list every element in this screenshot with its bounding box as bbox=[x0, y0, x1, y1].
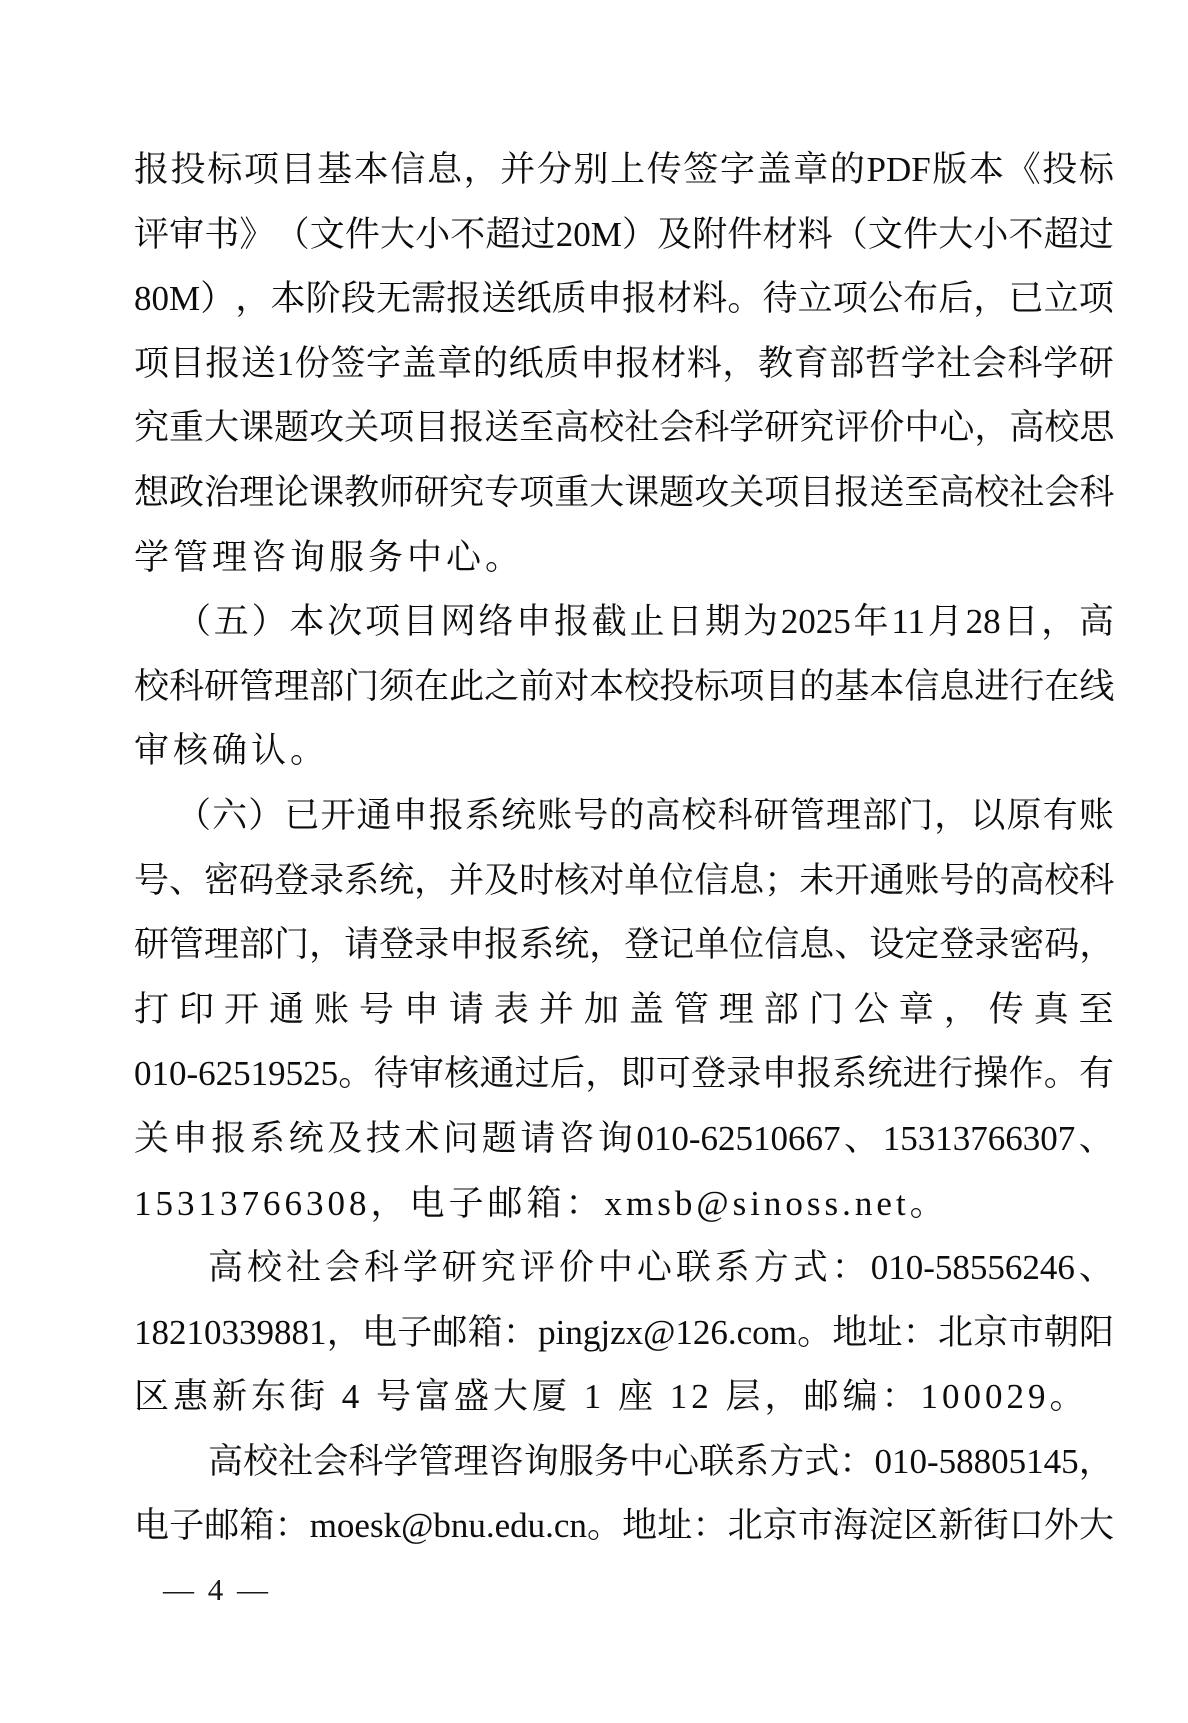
text-token: 系 bbox=[344, 849, 379, 914]
text-token: 地 bbox=[622, 1494, 657, 1559]
text-token: 申 bbox=[173, 1107, 208, 1172]
text-token: 010-62519525 bbox=[134, 1042, 338, 1107]
text-token: 门 bbox=[344, 655, 379, 720]
text-token: 理 bbox=[454, 1430, 489, 1495]
text-token: 的 bbox=[473, 332, 508, 397]
text-token: 心 bbox=[664, 1430, 699, 1495]
text-token: 件 bbox=[345, 203, 380, 268]
text-token: 统 bbox=[289, 1107, 324, 1172]
text-token: 论 bbox=[274, 461, 309, 526]
text-token: 五 bbox=[214, 590, 249, 655]
text-token: 盖 bbox=[402, 332, 437, 397]
text-token: 课 bbox=[309, 461, 344, 526]
text-token: 评 bbox=[520, 1236, 555, 1301]
text-token: 别 bbox=[574, 138, 609, 203]
text-line: 18210339881，电子邮箱：pingjzx@126.com。地址：北京市朝… bbox=[134, 1301, 1114, 1366]
text-token: 010-58556246 bbox=[871, 1236, 1075, 1301]
text-token: 录 bbox=[726, 1042, 761, 1107]
text-token: 进 bbox=[974, 655, 1009, 720]
text-token: 小 bbox=[415, 203, 450, 268]
text-token: 统 bbox=[501, 784, 536, 849]
text-token: 部 bbox=[829, 332, 864, 397]
text-token: 究 bbox=[449, 461, 484, 526]
text-line: 项目报送1份签字盖章的纸质申报材料，教育部哲学社会科学研 bbox=[134, 332, 1114, 397]
text-token: 、 bbox=[1079, 1107, 1114, 1172]
text-token: 科 bbox=[169, 655, 204, 720]
text-token: 、 bbox=[169, 849, 204, 914]
text-line: 研管理部门，请登录申报系统，登记单位信息、设定登录密码， bbox=[134, 913, 1114, 978]
text-token: 科 bbox=[694, 396, 729, 461]
text-token: 校 bbox=[134, 655, 169, 720]
text-token: 攻 bbox=[694, 461, 729, 526]
text-token: 部 bbox=[764, 978, 799, 1043]
text-token: 社 bbox=[1009, 461, 1044, 526]
text-token: 咨 bbox=[559, 1107, 594, 1172]
text-token: 校 bbox=[974, 461, 1009, 526]
text-token: 无 bbox=[376, 267, 411, 332]
text-token: 区 bbox=[903, 1494, 938, 1559]
text-token: 高 bbox=[1009, 849, 1044, 914]
text-token: 门 bbox=[809, 978, 844, 1043]
text-token: 纸 bbox=[509, 332, 544, 397]
text-token: 部 bbox=[239, 913, 274, 978]
text-token: 中 bbox=[598, 1236, 633, 1301]
text-token: 目 bbox=[764, 655, 799, 720]
text-token: 的 bbox=[799, 655, 834, 720]
text-token: 关 bbox=[344, 396, 379, 461]
text-token: 报 bbox=[205, 332, 240, 397]
text-token: 师 bbox=[379, 461, 414, 526]
text-token: 有 bbox=[1043, 784, 1078, 849]
text-token: 校 bbox=[624, 655, 659, 720]
text-token: 网 bbox=[441, 590, 476, 655]
text-token: 本 bbox=[589, 655, 624, 720]
text-token: ， bbox=[589, 913, 624, 978]
text-token: 标 bbox=[694, 655, 729, 720]
text-token: 章 bbox=[899, 978, 934, 1043]
text-token: 中 bbox=[904, 396, 939, 461]
text-token: 料 bbox=[687, 332, 722, 397]
text-token: 、 bbox=[844, 1107, 879, 1172]
text-token: 份 bbox=[295, 332, 330, 397]
text-token: ： bbox=[692, 1494, 727, 1559]
text-token: 送 bbox=[481, 267, 516, 332]
text-token: 研 bbox=[414, 461, 449, 526]
text-token: 阶 bbox=[306, 267, 341, 332]
text-line: 80M），本阶段无需报送纸质申报材料。待立项公布后，已立项 bbox=[134, 267, 1114, 332]
text-token: 目 bbox=[281, 138, 316, 203]
text-token: ： bbox=[832, 1236, 867, 1301]
text-token: 系 bbox=[832, 1042, 867, 1107]
text-token: 问 bbox=[443, 1107, 478, 1172]
text-token: 高 bbox=[1079, 590, 1114, 655]
text-line: 高校社会科学管理咨询服务中心联系方式：010-58805145， bbox=[134, 1430, 1114, 1495]
text-token: 报 bbox=[834, 461, 869, 526]
text-token: 010-62510667 bbox=[636, 1107, 840, 1172]
text-token: ） bbox=[622, 203, 657, 268]
text-token: 。 bbox=[1044, 1042, 1079, 1107]
text-token: 新 bbox=[938, 1494, 973, 1559]
text-token: 。 bbox=[797, 1301, 832, 1366]
text-token: 统 bbox=[554, 913, 589, 978]
text-token: 并 bbox=[449, 849, 484, 914]
text-token: 阳 bbox=[1079, 1301, 1114, 1366]
text-token: 申 bbox=[516, 590, 551, 655]
text-token: 号 bbox=[134, 849, 169, 914]
text-token: 登 bbox=[691, 1042, 726, 1107]
text-token: ） bbox=[252, 590, 287, 655]
text-token: ） bbox=[200, 267, 235, 332]
text-token: ， bbox=[722, 332, 757, 397]
text-token: 式 bbox=[804, 1430, 839, 1495]
text-token: 究 bbox=[481, 1236, 516, 1301]
text-token: 信 bbox=[390, 138, 425, 203]
text-token: 对 bbox=[554, 655, 589, 720]
text-token: 进 bbox=[903, 1042, 938, 1107]
text-token: 料 bbox=[798, 203, 833, 268]
text-token: 部 bbox=[862, 784, 897, 849]
text-token: pingjzx@126.com bbox=[538, 1301, 797, 1366]
text-token: 会 bbox=[972, 332, 1007, 397]
text-token: 。 bbox=[727, 267, 762, 332]
text-token: 箱 bbox=[239, 1494, 274, 1559]
text-token: 项 bbox=[365, 590, 400, 655]
text-token: 大 bbox=[204, 396, 239, 461]
text-token: 送 bbox=[241, 332, 276, 397]
text-token: 文 bbox=[310, 203, 345, 268]
text-token: 目 bbox=[403, 590, 438, 655]
text-token: 审 bbox=[409, 1042, 444, 1107]
text-token: 高 bbox=[208, 1430, 243, 1495]
text-token: （ bbox=[833, 203, 868, 268]
text-token: 2025 bbox=[781, 590, 851, 655]
text-token: 址 bbox=[868, 1301, 903, 1366]
text-token: ， bbox=[327, 1301, 362, 1366]
text-token: 报 bbox=[429, 784, 464, 849]
text-token: 系 bbox=[734, 1430, 769, 1495]
text-token: 立 bbox=[1044, 267, 1079, 332]
text-token: 投 bbox=[171, 138, 206, 203]
text-token: 。 bbox=[338, 1042, 373, 1107]
text-token: 高 bbox=[1009, 396, 1044, 461]
text-token: 门 bbox=[274, 913, 309, 978]
text-token: 次 bbox=[327, 590, 362, 655]
text-token: 子 bbox=[169, 1494, 204, 1559]
text-token: 即 bbox=[621, 1042, 656, 1107]
text-token: 超 bbox=[485, 203, 520, 268]
text-token: 学 bbox=[729, 396, 764, 461]
text-token: 校 bbox=[1044, 849, 1079, 914]
text-token: 管 bbox=[169, 913, 204, 978]
text-token: 价 bbox=[559, 1236, 594, 1301]
text-token: 送 bbox=[869, 461, 904, 526]
document-body: 报投标项目基本信息，并分别上传签字盖章的PDF版本《投标评审书》（文件大小不超过… bbox=[134, 138, 1114, 1559]
text-token: 账 bbox=[537, 784, 572, 849]
text-token: 附 bbox=[692, 203, 727, 268]
text-token: 已 bbox=[284, 784, 319, 849]
text-token: 密 bbox=[1009, 913, 1044, 978]
text-token: 小 bbox=[973, 203, 1008, 268]
text-token: 科 bbox=[718, 784, 753, 849]
text-token: 本 bbox=[354, 138, 389, 203]
text-token: 开 bbox=[834, 849, 869, 914]
text-token: 不 bbox=[1008, 203, 1043, 268]
text-token: 单 bbox=[624, 849, 659, 914]
text-token: 日 bbox=[1003, 590, 1038, 655]
text-token: 15313766307 bbox=[883, 1107, 1076, 1172]
text-token: 题 bbox=[482, 1107, 517, 1172]
text-token: 海 bbox=[833, 1494, 868, 1559]
text-token: 盖 bbox=[629, 978, 664, 1043]
text-token: 码 bbox=[239, 849, 274, 914]
text-line: 15313766308，电子邮箱：xmsb@sinoss.net。 bbox=[134, 1172, 1114, 1237]
text-token: 真 bbox=[1034, 978, 1069, 1043]
text-token: 管 bbox=[239, 655, 274, 720]
text-token: 密 bbox=[204, 849, 239, 914]
text-token: 项 bbox=[1079, 267, 1114, 332]
text-token: 京 bbox=[973, 1301, 1008, 1366]
text-token: 高 bbox=[645, 784, 680, 849]
text-token: 010-58805145 bbox=[874, 1430, 1078, 1495]
text-token: 审 bbox=[169, 203, 204, 268]
text-token: 研 bbox=[754, 784, 789, 849]
text-token: 街 bbox=[974, 1494, 1009, 1559]
text-token: 高 bbox=[554, 396, 589, 461]
text-token: 技 bbox=[366, 1107, 401, 1172]
text-token: 方 bbox=[754, 1236, 789, 1301]
text-token: 传 bbox=[647, 138, 682, 203]
text-token: 为 bbox=[743, 590, 778, 655]
text-token: 校 bbox=[247, 1236, 282, 1301]
text-token: 分 bbox=[537, 138, 572, 203]
text-token: 评 bbox=[134, 203, 169, 268]
text-token: 布 bbox=[903, 267, 938, 332]
text-token: 理 bbox=[274, 655, 309, 720]
text-token: 后 bbox=[550, 1042, 585, 1107]
text-token: 位 bbox=[729, 913, 764, 978]
text-token: 年 bbox=[854, 590, 889, 655]
text-token: 系 bbox=[519, 913, 554, 978]
text-token: ， bbox=[974, 396, 1009, 461]
text-token: 位 bbox=[659, 849, 694, 914]
text-token: 号 bbox=[573, 784, 608, 849]
text-line: 想政治理论课教师研究专项重大课题攻关项目报送至高校社会科 bbox=[134, 461, 1114, 526]
text-token: 科 bbox=[1008, 332, 1043, 397]
text-token: 专 bbox=[484, 461, 519, 526]
text-token: 号 bbox=[939, 849, 974, 914]
text-token: 电 bbox=[362, 1301, 397, 1366]
text-token: 印 bbox=[179, 978, 214, 1043]
text-token: 字 bbox=[720, 138, 755, 203]
text-token: 截 bbox=[592, 590, 627, 655]
text-token: 朝 bbox=[1044, 1301, 1079, 1366]
text-token: 线 bbox=[1079, 655, 1114, 720]
text-token: 统 bbox=[867, 1042, 902, 1107]
text-token: 登 bbox=[274, 849, 309, 914]
text-token: 大 bbox=[589, 461, 624, 526]
text-token: 件 bbox=[727, 203, 762, 268]
text-token: 单 bbox=[694, 913, 729, 978]
text-token: 究 bbox=[134, 396, 169, 461]
text-token: 材 bbox=[657, 267, 692, 332]
text-token: 市 bbox=[798, 1494, 833, 1559]
text-token: 心 bbox=[637, 1236, 672, 1301]
text-token: 题 bbox=[659, 461, 694, 526]
text-token: 送 bbox=[484, 396, 519, 461]
text-token: 作 bbox=[1008, 1042, 1043, 1107]
text-token: 校 bbox=[682, 784, 717, 849]
text-token: 息 bbox=[799, 913, 834, 978]
text-token: ， bbox=[1079, 1430, 1114, 1495]
text-token: 须 bbox=[379, 655, 414, 720]
text-token: 管 bbox=[674, 978, 709, 1043]
text-token: 哲 bbox=[865, 332, 900, 397]
text-token: 签 bbox=[683, 138, 718, 203]
text-token: 定 bbox=[904, 913, 939, 978]
text-token: 系 bbox=[465, 784, 500, 849]
text-token: 息 bbox=[729, 849, 764, 914]
text-token: ： bbox=[839, 1430, 874, 1495]
text-token: 式 bbox=[793, 1236, 828, 1301]
text-token: 理 bbox=[204, 913, 239, 978]
text-token: 社 bbox=[624, 396, 659, 461]
text-token: 报 bbox=[554, 590, 589, 655]
text-token: 研 bbox=[204, 655, 239, 720]
text-token: 邮 bbox=[204, 1494, 239, 1559]
text-token: 想 bbox=[134, 461, 169, 526]
text-line: 校科研管理部门须在此之前对本校投标项目的基本信息进行在线 bbox=[134, 655, 1114, 720]
text-token: 通 bbox=[869, 849, 904, 914]
text-token: 不 bbox=[450, 203, 485, 268]
text-token: 址 bbox=[657, 1494, 692, 1559]
text-token: ： bbox=[503, 1301, 538, 1366]
text-token: ， bbox=[309, 913, 344, 978]
text-token: 对 bbox=[589, 849, 624, 914]
text-token: 校 bbox=[243, 1430, 278, 1495]
text-token: 系 bbox=[715, 1236, 750, 1301]
text-token: 统 bbox=[379, 849, 414, 914]
text-token: 1 bbox=[277, 332, 295, 397]
text-line: 区惠新东街 4 号富盛大厦 1 座 12 层，邮编：100029。 bbox=[134, 1365, 1114, 1430]
text-line: 报投标项目基本信息，并分别上传签字盖章的PDF版本《投标 bbox=[134, 138, 1114, 203]
text-token: 《 bbox=[1006, 138, 1041, 203]
text-token: 学 bbox=[403, 1236, 438, 1301]
text-token: 题 bbox=[274, 396, 309, 461]
text-token: 服 bbox=[559, 1430, 594, 1495]
text-token: 立 bbox=[798, 267, 833, 332]
text-token: 科 bbox=[364, 1236, 399, 1301]
text-token: 字 bbox=[366, 332, 401, 397]
text-token: （ bbox=[176, 784, 211, 849]
text-token: ， bbox=[973, 267, 1008, 332]
text-line: 打印开通账号申请表并加盖管理部门公章，传真至 bbox=[134, 978, 1114, 1043]
text-line: 电子邮箱：moesk@bnu.edu.cn。地址：北京市海淀区新街口外大 bbox=[134, 1494, 1114, 1559]
text-line: 010-62519525。待审核通过后，即可登录申报系统进行操作。有 bbox=[134, 1042, 1114, 1107]
text-token: 科 bbox=[1079, 849, 1114, 914]
text-token: 待 bbox=[763, 267, 798, 332]
text-token: 研 bbox=[1079, 332, 1114, 397]
text-line: 号、密码登录系统，并及时核对单位信息；未开通账号的高校科 bbox=[134, 849, 1114, 914]
text-token: 京 bbox=[763, 1494, 798, 1559]
text-token: （ bbox=[275, 203, 310, 268]
text-token: 并 bbox=[539, 978, 574, 1043]
text-token: 的 bbox=[974, 849, 1009, 914]
text-token: 北 bbox=[938, 1301, 973, 1366]
text-token: 录 bbox=[974, 913, 1009, 978]
text-token: 会 bbox=[1044, 461, 1079, 526]
text-token: 项 bbox=[244, 138, 279, 203]
text-token: 、 bbox=[834, 913, 869, 978]
text-token: 签 bbox=[330, 332, 365, 397]
text-token: 传 bbox=[989, 978, 1024, 1043]
text-token: 理 bbox=[239, 461, 274, 526]
text-token: ， bbox=[414, 849, 449, 914]
text-token: 本 bbox=[869, 655, 904, 720]
text-token: 信 bbox=[694, 849, 729, 914]
text-token: 此 bbox=[449, 655, 484, 720]
text-token: ， bbox=[585, 1042, 620, 1107]
text-token: 至 bbox=[519, 396, 554, 461]
text-token: 录 bbox=[414, 913, 449, 978]
text-token: 期 bbox=[705, 590, 740, 655]
text-token: 询 bbox=[598, 1107, 633, 1172]
text-token: 本 bbox=[271, 267, 306, 332]
text-token: 会 bbox=[325, 1236, 360, 1301]
text-token: 、 bbox=[1079, 1236, 1114, 1301]
text-token: 至 bbox=[1079, 978, 1114, 1043]
text-token: 本 bbox=[289, 590, 324, 655]
text-token: ， bbox=[464, 138, 499, 203]
text-token: 打 bbox=[134, 978, 169, 1043]
text-token: 络 bbox=[478, 590, 513, 655]
text-token: 究 bbox=[799, 396, 834, 461]
text-token: 申 bbox=[393, 784, 428, 849]
text-token: 重 bbox=[169, 396, 204, 461]
text-token: 方 bbox=[769, 1430, 804, 1495]
text-token: 报 bbox=[622, 267, 657, 332]
text-token: 报 bbox=[797, 1042, 832, 1107]
text-token: 淀 bbox=[868, 1494, 903, 1559]
text-token: 学 bbox=[1043, 332, 1078, 397]
text-token: 北 bbox=[728, 1494, 763, 1559]
text-token: 社 bbox=[936, 332, 971, 397]
text-token: 校 bbox=[589, 396, 624, 461]
text-token: 课 bbox=[239, 396, 274, 461]
text-token: moesk@bnu.edu.cn bbox=[310, 1494, 587, 1559]
text-token: 过 bbox=[1079, 203, 1114, 268]
text-token: 记 bbox=[659, 913, 694, 978]
text-token: 材 bbox=[651, 332, 686, 397]
text-token: 料 bbox=[692, 267, 727, 332]
text-token: 报 bbox=[134, 138, 169, 203]
text-token: 。 bbox=[587, 1494, 622, 1559]
text-token: 及 bbox=[327, 1107, 362, 1172]
text-token: 部 bbox=[309, 655, 344, 720]
text-token: ， bbox=[235, 267, 270, 332]
text-token: 前 bbox=[519, 655, 554, 720]
text-token: 请 bbox=[344, 913, 379, 978]
text-token: 目 bbox=[170, 332, 205, 397]
text-token: 版 bbox=[932, 138, 967, 203]
text-token: 息 bbox=[427, 138, 462, 203]
text-token: 月 bbox=[928, 590, 963, 655]
text-token: PDF bbox=[867, 138, 931, 203]
text-token: 登 bbox=[624, 913, 659, 978]
text-token: 80M bbox=[134, 267, 200, 332]
text-token: 政 bbox=[169, 461, 204, 526]
text-token: 市 bbox=[1008, 1301, 1043, 1366]
text-token: 报 bbox=[615, 332, 650, 397]
